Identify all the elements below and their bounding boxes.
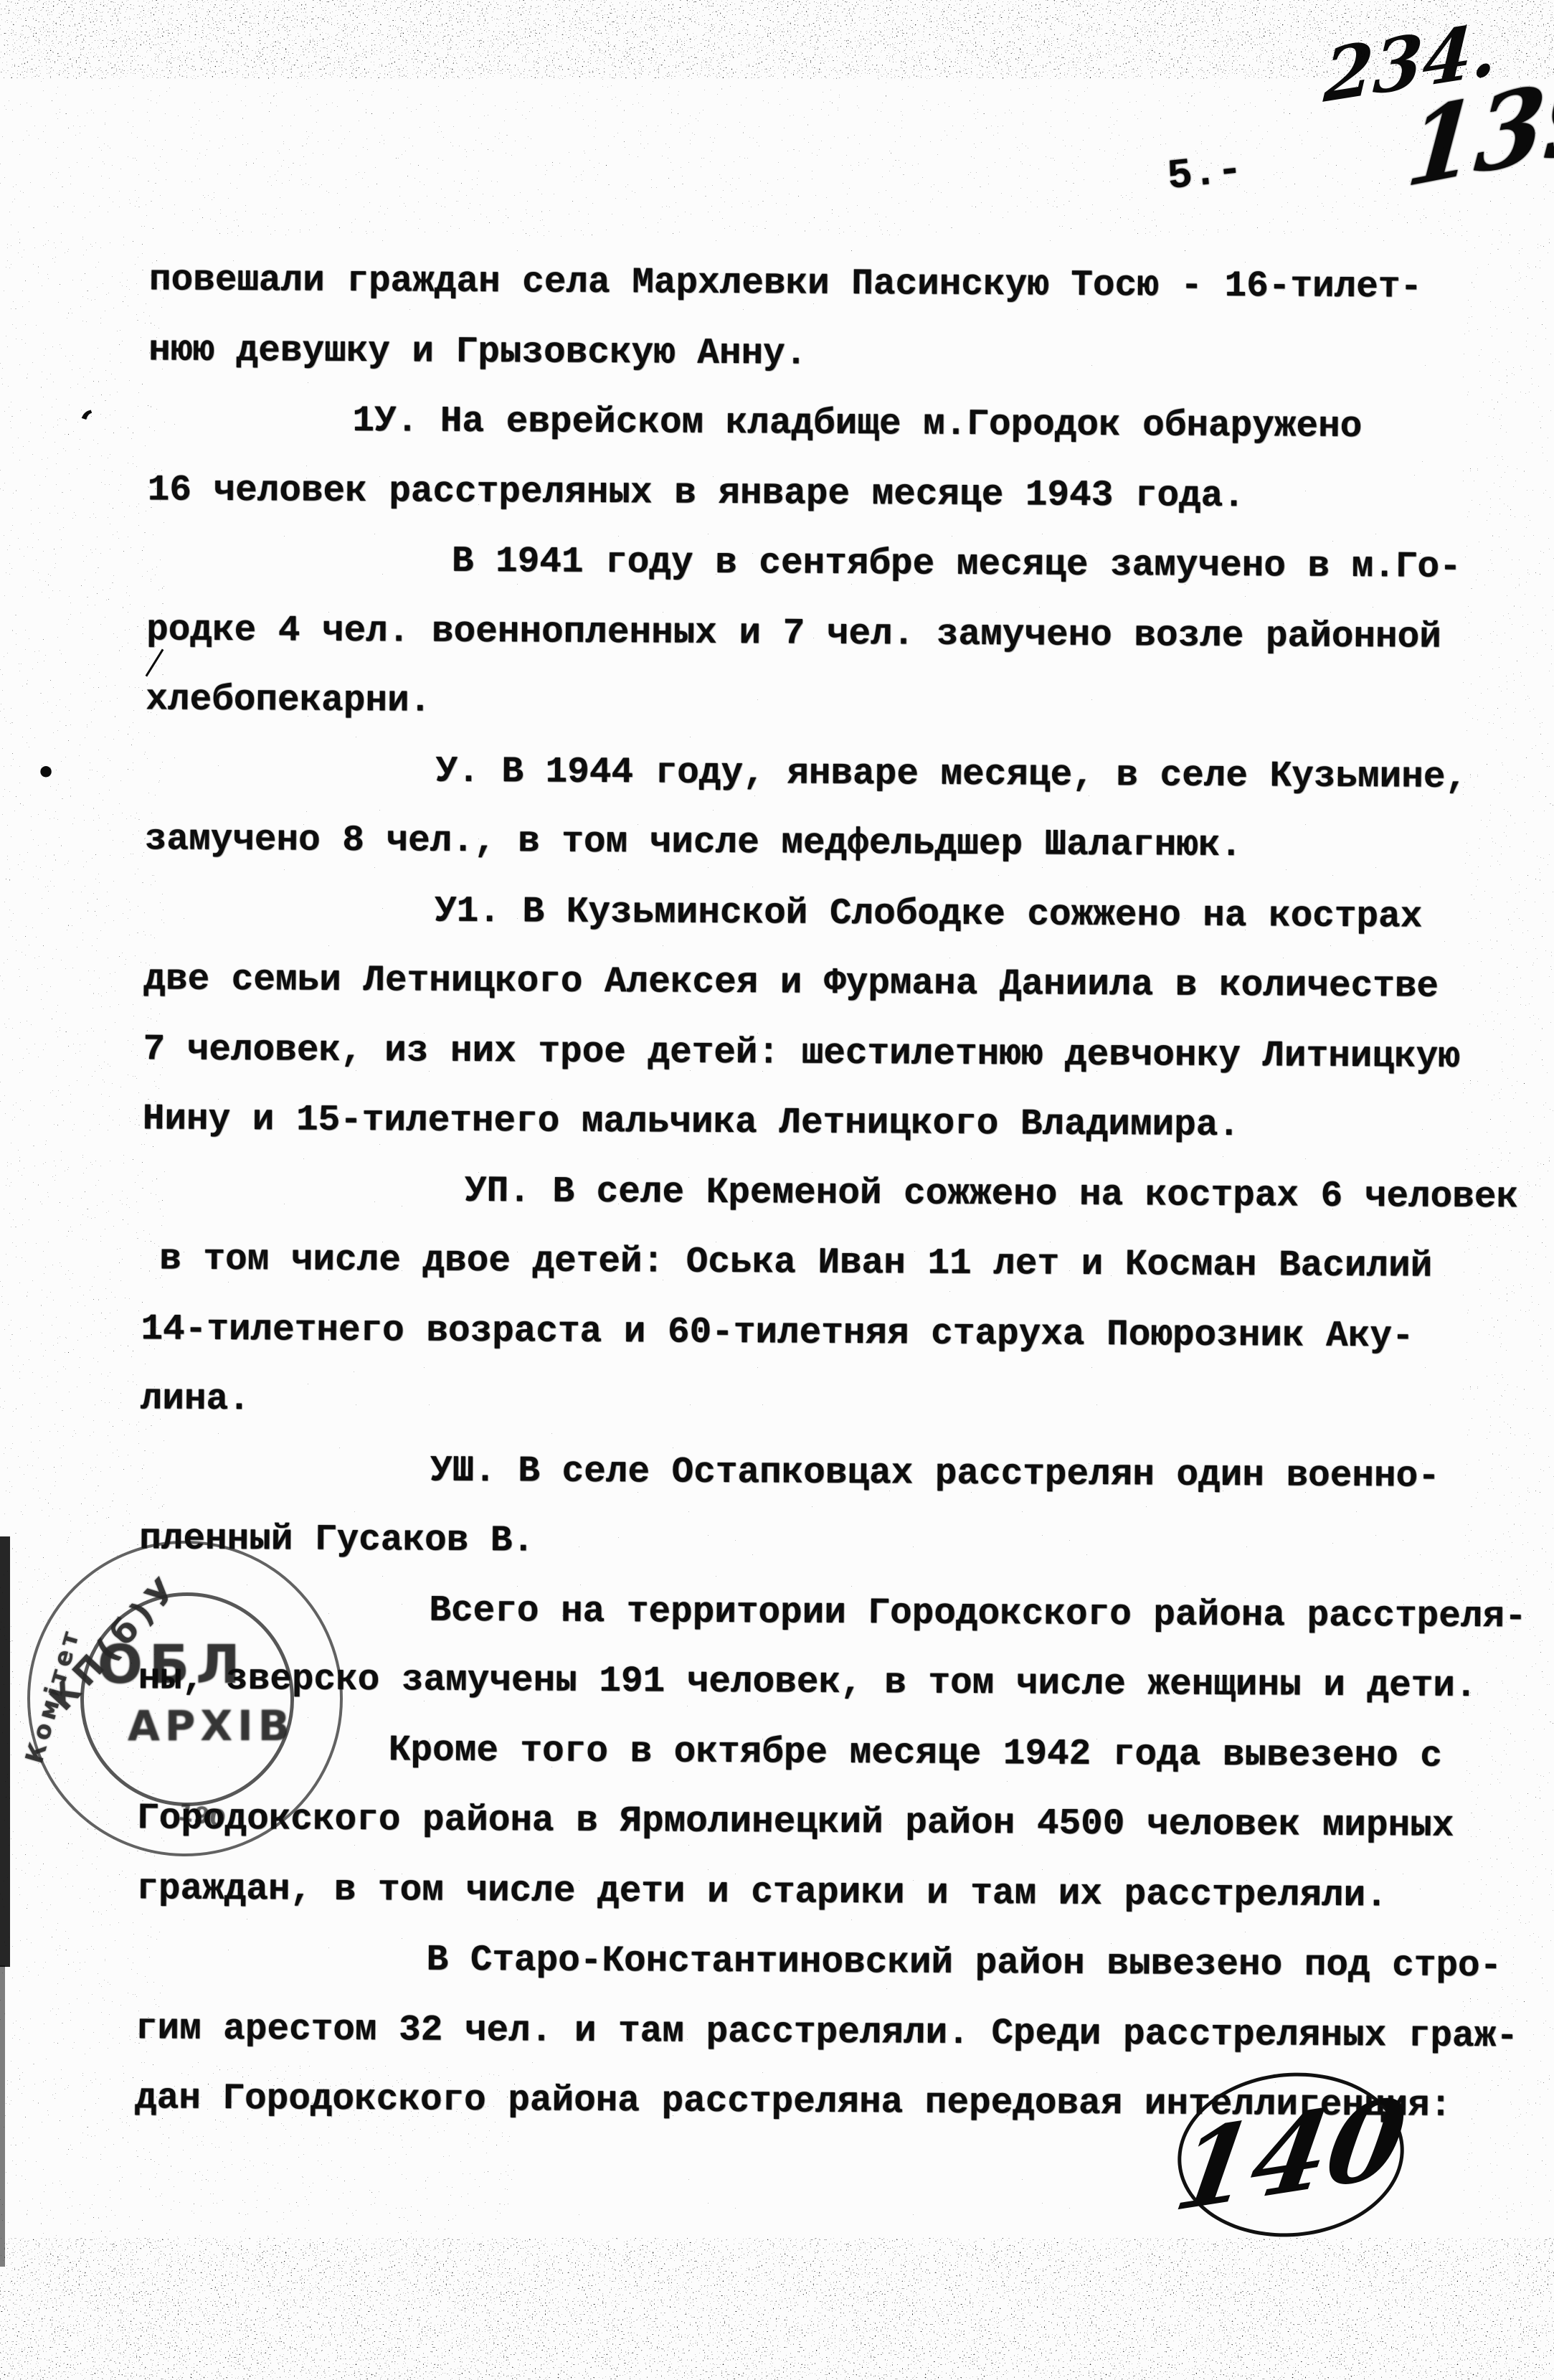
stray-mark-comma: ʻ — [71, 401, 97, 447]
handwritten-folio-140: 140 — [1168, 2082, 1413, 2227]
stamp-inner-text-line2: АРХІВ — [128, 1701, 295, 1750]
typed-line: УШ. В селе Остапковцах расстрелян один в… — [140, 1435, 1554, 1513]
typed-line: Кроме того в октябре месяце 1942 года вы… — [138, 1714, 1554, 1793]
typed-line: замучено 8 чел., в том числе медфельдшер… — [145, 805, 1554, 883]
typed-line: ны, зверско замучены 191 человек, в том … — [138, 1644, 1554, 1722]
scan-edge-strip-lower — [0, 1965, 5, 2267]
typed-line: В 1941 году в сентябре месяце замучено в… — [147, 525, 1554, 603]
typed-page-number: 5.- — [1165, 147, 1245, 202]
typed-line: 14-тилетнего возраста и 60-тилетняя стар… — [141, 1295, 1554, 1373]
typed-line: Всего на территории Городокского района … — [138, 1574, 1554, 1653]
typed-line: в том числе двое детей: Оська Иван 11 ле… — [141, 1224, 1554, 1303]
typed-line: В Старо-Константиновский район вывезено … — [136, 1924, 1554, 2002]
typed-line: нюю девушку и Грызовскую Анну. — [148, 316, 1554, 394]
typed-line: повешали граждан села Мархлевки Пасинску… — [149, 245, 1554, 324]
typed-line: хлебопекарни. — [146, 665, 1554, 743]
typed-line: родке 4 чел. военнопленных и 7 чел. заму… — [146, 595, 1554, 674]
typed-line: 7 человек, из них трое детей: шестилетню… — [143, 1015, 1554, 1093]
typed-line: У1. В Кузьминской Слободке сожжено на ко… — [144, 875, 1554, 953]
typed-line: Городокского района в Ярмолинецкий район… — [137, 1784, 1554, 1862]
typed-line: две семьи Летницкого Алексея и Фурмана Д… — [143, 945, 1554, 1023]
typed-text-block: повешали граждан села Мархлевки Пасинску… — [135, 244, 1554, 2143]
typed-line: лина. — [140, 1364, 1554, 1442]
typed-line: Нину и 15-тилетнего мальчика Летницкого … — [143, 1085, 1554, 1163]
stray-mark-dot: • — [36, 755, 56, 791]
typed-line: граждан, в том числе дети и старики и та… — [136, 1854, 1554, 1932]
document-page: 234. 139 5.- повешали граждан села Мархл… — [0, 0, 1554, 2380]
stamp-inner-text-line1: ОБЛ — [98, 1634, 247, 1696]
scan-edge-strip — [0, 1536, 10, 1967]
typed-line: 1У. На еврейском кладбище м.Городок обна… — [148, 385, 1554, 463]
typed-line: У. В 1944 году, январе месяце, в селе Ку… — [145, 735, 1554, 813]
typed-line: гим арестом 32 чел. и там расстреляли. С… — [136, 1994, 1554, 2072]
typed-line: 16 человек расстреляных в январе месяце … — [147, 455, 1554, 534]
typed-line: пленный Гусаков В. — [139, 1504, 1554, 1582]
typed-line: УП. В селе Кременой сожжено на кострах 6… — [142, 1155, 1554, 1233]
